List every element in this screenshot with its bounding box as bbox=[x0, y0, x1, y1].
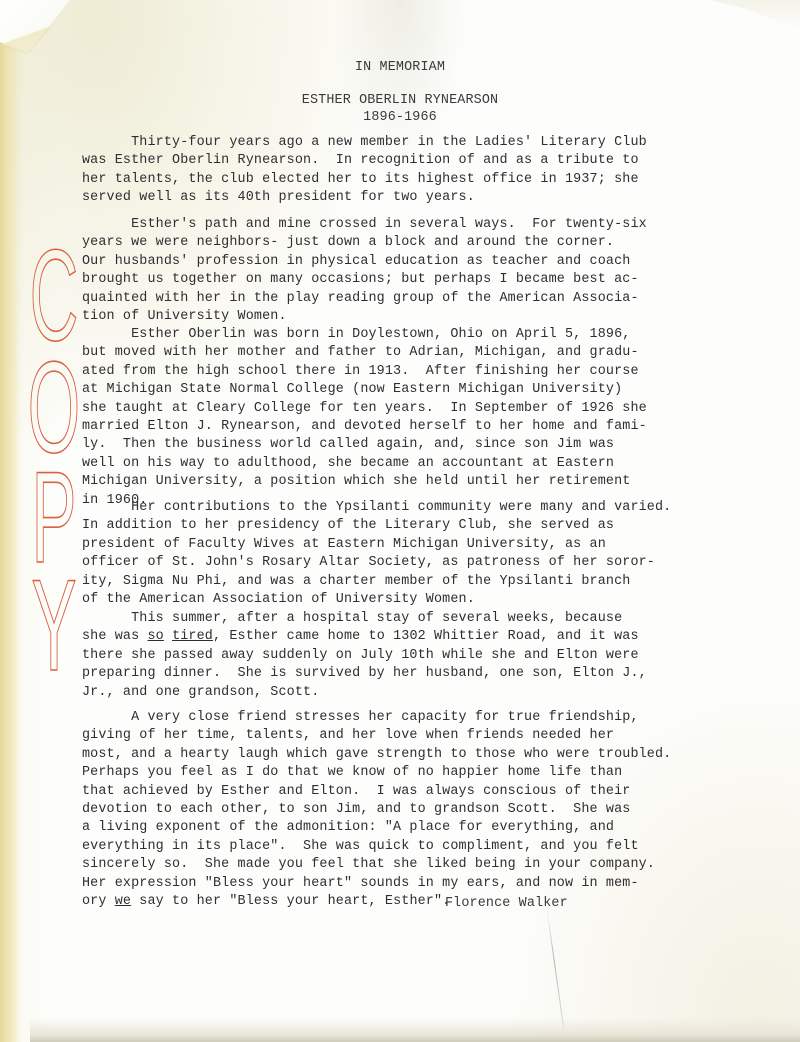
text-line: president of Faculty Wives at Eastern Mi… bbox=[82, 536, 800, 554]
underlined-text: so bbox=[148, 629, 164, 644]
text-line: devotion to each other, to son Jim, and … bbox=[82, 801, 800, 819]
paragraph-6: A very close friend stresses her capacit… bbox=[82, 709, 800, 911]
text-line: Our husbands' profession in physical edu… bbox=[82, 253, 800, 271]
text-line: most, and a hearty laugh which gave stre… bbox=[82, 746, 800, 764]
paragraph-3: Esther Oberlin was born in Doylestown, O… bbox=[82, 326, 800, 510]
text-line: ity, Sigma Nu Phi, and was a charter mem… bbox=[82, 573, 800, 591]
text-line: Thirty-four years ago a new member in th… bbox=[82, 134, 800, 152]
paragraph-2: Esther's path and mine crossed in severa… bbox=[82, 216, 800, 326]
text-line: ly. Then the business world called again… bbox=[82, 436, 800, 454]
text-line: ory we say to her "Bless your heart, Est… bbox=[82, 893, 800, 911]
subject-name: ESTHER OBERLIN RYNEARSON bbox=[0, 93, 800, 108]
text-line: everything in its place". She was quick … bbox=[82, 838, 800, 856]
text-line: married Elton J. Rynearson, and devoted … bbox=[82, 418, 800, 436]
underlined-text: we bbox=[115, 894, 131, 909]
text-line: tion of University Women. bbox=[82, 308, 800, 326]
text-line: a living exponent of the admonition: "A … bbox=[82, 819, 800, 837]
text-line: she was so tired, Esther came home to 13… bbox=[82, 628, 800, 646]
text-line: Esther Oberlin was born in Doylestown, O… bbox=[82, 326, 800, 344]
text-line: ated from the high school there in 1913.… bbox=[82, 363, 800, 381]
text-line: giving of her time, talents, and her lov… bbox=[82, 727, 800, 745]
text-line: but moved with her mother and father to … bbox=[82, 344, 800, 362]
text-line: Jr., and one grandson, Scott. bbox=[82, 684, 800, 702]
text-line: she taught at Cleary College for ten yea… bbox=[82, 400, 800, 418]
text-line: Michigan University, a position which sh… bbox=[82, 473, 800, 491]
memorial-document: IN MEMORIAM ESTHER OBERLIN RYNEARSON 189… bbox=[0, 0, 800, 1042]
text-line: preparing dinner. She is survived by her… bbox=[82, 665, 800, 683]
underlined-text: tired bbox=[172, 629, 213, 644]
paragraph-4: Her contributions to the Ypsilanti commu… bbox=[82, 499, 800, 609]
copy-stamp: COPY bbox=[24, 244, 84, 674]
paragraph-5: This summer, after a hospital stay of se… bbox=[82, 610, 800, 702]
text-line: Perhaps you feel as I do that we know of… bbox=[82, 764, 800, 782]
text-line: that achieved by Esther and Elton. I was… bbox=[82, 783, 800, 801]
text-line: This summer, after a hospital stay of se… bbox=[82, 610, 800, 628]
text-line: officer of St. John's Rosary Altar Socie… bbox=[82, 554, 800, 572]
stamp-letter-y: Y bbox=[31, 552, 76, 674]
text-line: was Esther Oberlin Rynearson. In recogni… bbox=[82, 152, 800, 170]
text-line: brought us together on many occasions; b… bbox=[82, 271, 800, 289]
text-line: of the American Association of Universit… bbox=[82, 591, 800, 609]
text-line: quainted with her in the play reading gr… bbox=[82, 290, 800, 308]
copy-stamp-letters: COPY bbox=[24, 244, 84, 674]
text-line: Her expression "Bless your heart" sounds… bbox=[82, 875, 800, 893]
text-line: sincerely so. She made you feel that she… bbox=[82, 856, 800, 874]
paragraph-1: Thirty-four years ago a new member in th… bbox=[82, 134, 800, 208]
text-line: Esther's path and mine crossed in severa… bbox=[82, 216, 800, 234]
text-line: Her contributions to the Ypsilanti commu… bbox=[82, 499, 800, 517]
document-heading: IN MEMORIAM bbox=[0, 60, 800, 75]
author-signature: Florence Walker bbox=[445, 896, 568, 911]
text-line: years we were neighbors- just down a blo… bbox=[82, 234, 800, 252]
text-line: A very close friend stresses her capacit… bbox=[82, 709, 800, 727]
text-line: well on his way to adulthood, she became… bbox=[82, 455, 800, 473]
text-line: In addition to her presidency of the Lit… bbox=[82, 517, 800, 535]
text-line: at Michigan State Normal College (now Ea… bbox=[82, 381, 800, 399]
text-line: her talents, the club elected her to its… bbox=[82, 171, 800, 189]
text-line: served well as its 40th president for tw… bbox=[82, 189, 800, 207]
text-line: there she passed away suddenly on July 1… bbox=[82, 647, 800, 665]
subject-years: 1896-1966 bbox=[0, 110, 800, 125]
